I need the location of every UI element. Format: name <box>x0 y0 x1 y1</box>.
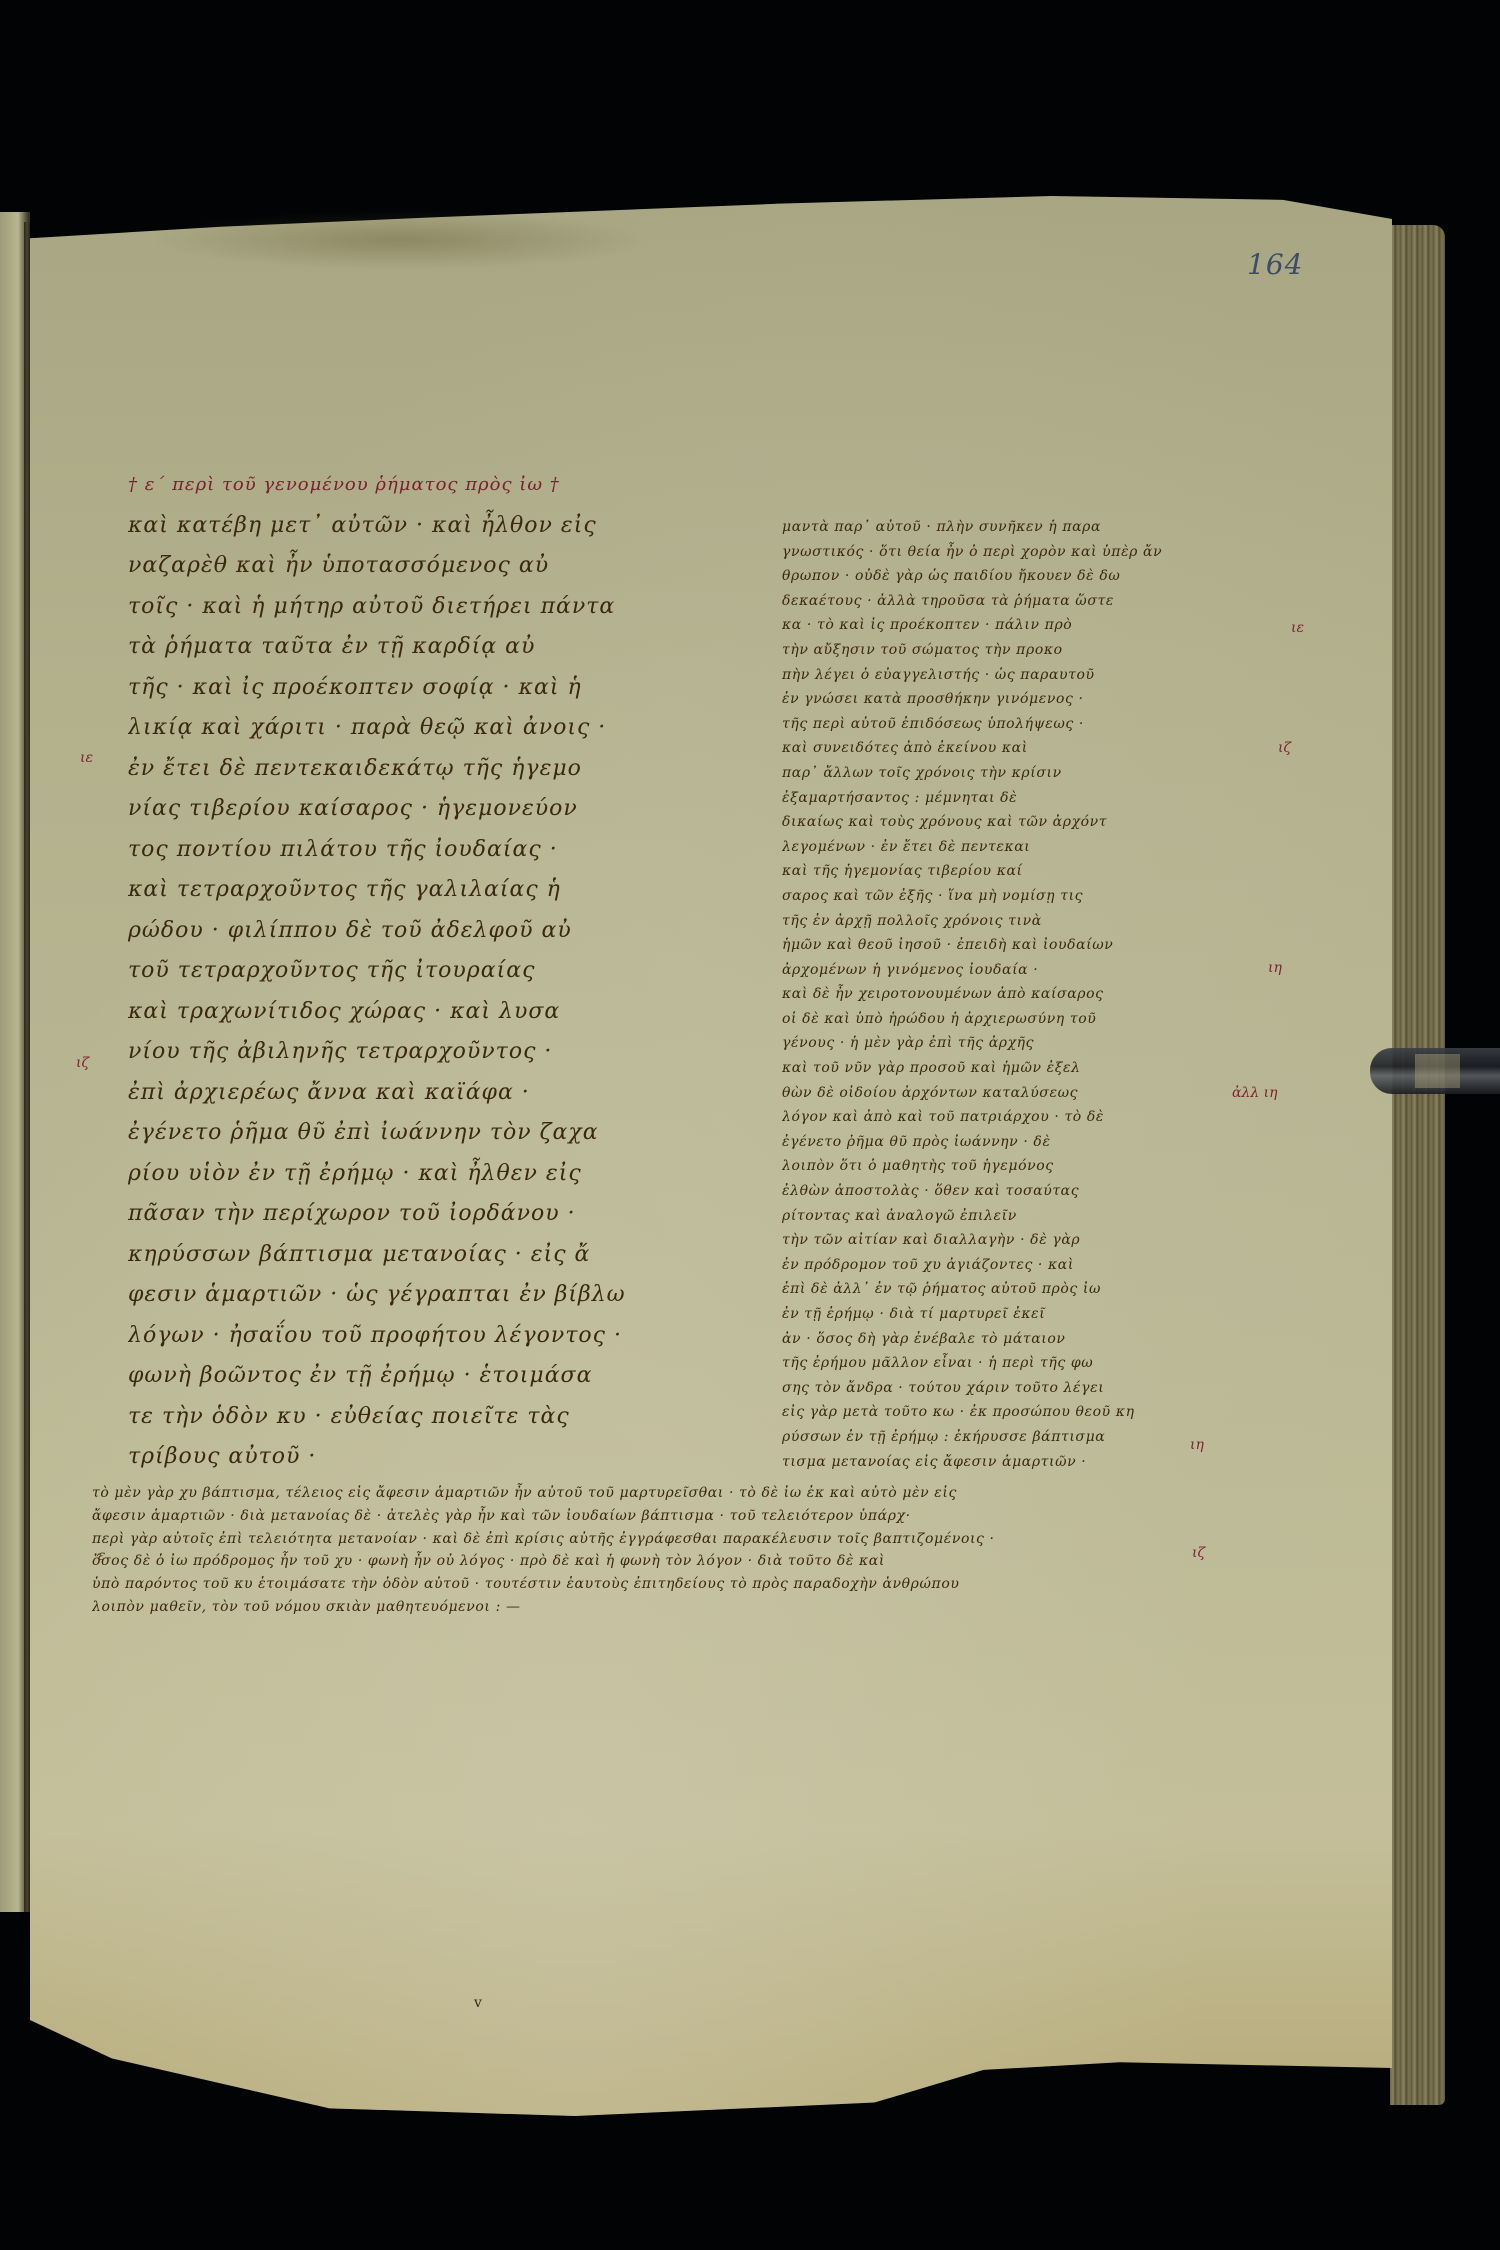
commentary-line: ἐπὶ δὲ ἀλλ᾽ ἐν τῷ ῥήματος αὐτοῦ πρὸς ἰω <box>782 1277 1252 1302</box>
text-line: φωνὴ βοῶντος ἐν τῇ ἐρήμῳ · ἑτοιμάσα <box>128 1356 718 1397</box>
text-line: τῆς · καὶ ἰς προέκοπτεν σοφίᾳ · καὶ ἡ <box>128 668 718 709</box>
commentary-line: ἡμῶν καὶ θεοῦ ἰησοῦ · ἐπειδὴ καὶ ἰουδαίω… <box>782 933 1252 958</box>
margin-note-right: ἀλλ ιη <box>1232 1085 1278 1101</box>
text-line: τοῦ τετραρχοῦντος τῆς ἰτουραίας <box>128 951 718 992</box>
text-line: τρίβους αὐτοῦ · <box>128 1437 718 1478</box>
text-line: ἐν ἔτει δὲ πεντεκαιδεκάτῳ τῆς ἡγεμο <box>128 749 718 790</box>
bottom-commentary-line: τὸ μὲν γὰρ χυ βάπτισμα, τέλειος εἰς ἄφεσ… <box>92 1482 1242 1505</box>
commentary-line: δικαίως καὶ τοὺς χρόνους καὶ τῶν ἀρχόντ <box>782 810 1252 835</box>
commentary-line: ἐν πρόδρομον τοῦ χυ ἀγιάζοντες · καὶ <box>782 1253 1252 1278</box>
text-line: ρίου υἱὸν ἐν τῇ ἐρήμῳ · καὶ ἦλθεν εἰς <box>128 1154 718 1195</box>
commentary-line: λοιπὸν ὅτι ὁ μαθητὴς τοῦ ἡγεμόνος <box>782 1154 1252 1179</box>
page-stack-edge <box>1390 225 1445 2105</box>
text-line: λόγων · ἠσαΐου τοῦ προφήτου λέγοντος · <box>128 1316 718 1357</box>
margin-note-left: ιε <box>80 750 93 766</box>
text-line: καὶ κατέβη μετ᾽ αὐτῶν · καὶ ἦλθον εἰς <box>128 506 718 547</box>
commentary-line: τῆς ἐρήμου μᾶλλον εἶναι · ἡ περὶ τῆς φω <box>782 1351 1252 1376</box>
commentary-line: κα · τὸ καὶ ἰς προέκοπτεν · πάλιν πρὸ <box>782 613 1252 638</box>
commentary-line: ρύσσων ἐν τῇ ἐρήμῳ : ἐκήρυσσε βάπτισμα <box>782 1425 1252 1450</box>
margin-note-right: ιε <box>1291 620 1304 636</box>
text-line: καὶ τραχωνίτιδος χώρας · καὶ λυσα <box>128 992 718 1033</box>
bottom-commentary-line: ὑπὸ παρόντος τοῦ κυ ἑτοιμάσατε τὴν ὁδὸν … <box>92 1573 1242 1596</box>
commentary-line: ἐν γνώσει κατὰ προσθήκην γινόμενος · <box>782 687 1252 712</box>
commentary-line: σαρος καὶ τῶν ἐξῆς · ἵνα μὴ νομίσῃ τις <box>782 884 1252 909</box>
commentary-line: τὴν τῶν αἰτίαν καὶ διαλλαγὴν · δὲ γὰρ <box>782 1228 1252 1253</box>
margin-note-bottom-left: ε <box>98 1548 106 1564</box>
commentary-line: θρωπον · οὐδὲ γὰρ ὡς παιδίου ἤκουεν δὲ δ… <box>782 564 1252 589</box>
chapter-heading: † ε΄ περὶ τοῦ γενομένου ῥήματος πρὸς ἰω … <box>128 465 718 506</box>
commentary-line: δεκαέτους · ἀλλὰ τηροῦσα τὰ ῥήματα ὥστε <box>782 589 1252 614</box>
main-text-column: † ε΄ περὶ τοῦ γενομένου ῥήματος πρὸς ἰω … <box>128 465 718 1478</box>
commentary-line: καὶ τοῦ νῦν γὰρ προσοῦ καὶ ἡμῶν ἐξελ <box>782 1056 1252 1081</box>
text-line: νίου τῆς ἀβιληνῆς τετραρχοῦντος · <box>128 1032 718 1073</box>
commentary-line: καὶ τῆς ἡγεμονίας τιβερίου καί <box>782 859 1252 884</box>
commentary-line: θὼν δὲ οἰδοίου ἀρχόντων καταλύσεως <box>782 1081 1252 1106</box>
text-line: τοῖς · καὶ ἡ μήτηρ αὐτοῦ διετήρει πάντα <box>128 587 718 628</box>
commentary-line: γνωστικός · ὅτι θεία ἦν ὁ περὶ χορὸν καὶ… <box>782 540 1252 565</box>
text-line: κηρύσσων βάπτισμα μετανοίας · εἰς ἄ <box>128 1235 718 1276</box>
commentary-column: μαντὰ παρ᾽ αὐτοῦ · πλὴν συνῆκεν ἡ παρα γ… <box>782 515 1252 1474</box>
commentary-line: παρ᾽ ἄλλων τοῖς χρόνοις τὴν κρίσιν <box>782 761 1252 786</box>
commentary-line: ρίτοντας καὶ ἀναλογῶ ἐπιλεῖν <box>782 1204 1252 1229</box>
water-stain <box>150 210 650 270</box>
commentary-line: ἐν τῇ ἐρήμῳ · διὰ τί μαρτυρεῖ ἐκεῖ <box>782 1302 1252 1327</box>
commentary-line: ἀν · ὅσος δὴ γὰρ ἐνέβαλε τὸ μάταιον <box>782 1327 1252 1352</box>
folio-number: 164 <box>1247 248 1303 281</box>
commentary-line: πὴν λέγει ὁ εὐαγγελιστής · ὡς παραυτοῦ <box>782 663 1252 688</box>
bottom-commentary-line: ὅσος δὲ ὁ ἰω πρόδρομος ἦν τοῦ χυ · φωνὴ … <box>92 1550 1242 1573</box>
commentary-line: τὴν αὔξησιν τοῦ σώματος τὴν προκο <box>782 638 1252 663</box>
margin-note-right: ιη <box>1268 960 1282 976</box>
margin-note-left: ιζ <box>76 1055 89 1071</box>
commentary-line: γένους · ἡ μὲν γὰρ ἐπὶ τῆς ἀρχῆς <box>782 1031 1252 1056</box>
commentary-line: μαντὰ παρ᾽ αὐτοῦ · πλὴν συνῆκεν ἡ παρα <box>782 515 1252 540</box>
bookmark-clip <box>1370 1048 1500 1094</box>
text-line: λικίᾳ καὶ χάριτι · παρὰ θεῷ καὶ ἀνοις · <box>128 708 718 749</box>
bottom-commentary: τὸ μὲν γὰρ χυ βάπτισμα, τέλειος εἰς ἄφεσ… <box>92 1482 1242 1619</box>
text-line: καὶ τετραρχοῦντος τῆς γαλιλαίας ἡ <box>128 870 718 911</box>
commentary-line: ἐλθὼν ἀποστολὰς · ὅθεν καὶ τοσαύτας <box>782 1179 1252 1204</box>
commentary-line: τισμα μετανοίας εἰς ἄφεσιν ἁμαρτιῶν · <box>782 1450 1252 1475</box>
commentary-line: εἰς γὰρ μετὰ τοῦτο κω · ἐκ προσώπου θεοῦ… <box>782 1400 1252 1425</box>
text-line: ἐπὶ ἀρχιερέως ἄννα καὶ καϊάφα · <box>128 1073 718 1114</box>
commentary-line: λεγομένων · ἐν ἔτει δὲ πεντεκαι <box>782 835 1252 860</box>
commentary-line: οἱ δὲ καὶ ὑπὸ ἡρώδου ἡ ἀρχιερωσύνη τοῦ <box>782 1007 1252 1032</box>
bottom-commentary-line: ἄφεσιν ἁμαρτιῶν · διὰ μετανοίας δὲ · ἀτε… <box>92 1505 1242 1528</box>
text-line: τε τὴν ὁδὸν κυ · εὐθείας ποιεῖτε τὰς <box>128 1397 718 1438</box>
text-line: πᾶσαν τὴν περίχωρον τοῦ ἰορδάνου · <box>128 1194 718 1235</box>
text-line: τος ποντίου πιλάτου τῆς ἰουδαίας · <box>128 830 718 871</box>
bottom-commentary-line: περὶ γὰρ αὐτοῖς ἐπὶ τελειότητα μετανοίαν… <box>92 1528 1242 1551</box>
commentary-line: λόγον καὶ ἀπὸ καὶ τοῦ πατριάρχου · τὸ δὲ <box>782 1105 1252 1130</box>
catchword-mark: v <box>474 1995 482 2011</box>
commentary-line: ἐξαμαρτήσαντος : μέμνηται δὲ <box>782 786 1252 811</box>
text-line: ρώδου · φιλίππου δὲ τοῦ ἀδελφοῦ αὐ <box>128 911 718 952</box>
commentary-line: τῆς ἐν ἀρχῇ πολλοῖς χρόνοις τινὰ <box>782 909 1252 934</box>
margin-note-right: ιζ <box>1278 740 1291 756</box>
commentary-line: τῆς περὶ αὐτοῦ ἐπιδόσεως ὑπολήψεως · <box>782 712 1252 737</box>
text-line: ἐγένετο ῥῆμα θῦ ἐπὶ ἰωάννην τὸν ζαχα <box>128 1113 718 1154</box>
commentary-line: ἀρχομένων ἡ γινόμενος ἰουδαία · <box>782 958 1252 983</box>
text-line: ναζαρὲθ καὶ ἦν ὑποτασσόμενος αὐ <box>128 546 718 587</box>
text-line: τὰ ῥήματα ταῦτα ἐν τῇ καρδίᾳ αὐ <box>128 627 718 668</box>
text-line: νίας τιβερίου καίσαρος · ἡγεμονεύον <box>128 789 718 830</box>
commentary-line: καὶ συνειδότες ἀπὸ ἐκείνου καὶ <box>782 736 1252 761</box>
bottom-commentary-line: λοιπὸν μαθεῖν, τὸν τοῦ νόμου σκιὰν μαθητ… <box>92 1596 1242 1619</box>
text-line: φεσιν ἁμαρτιῶν · ὡς γέγραπται ἐν βίβλω <box>128 1275 718 1316</box>
commentary-line: ἐγένετο ῥῆμα θῦ πρὸς ἰωάννην · δὲ <box>782 1130 1252 1155</box>
binding-gutter <box>24 222 30 1912</box>
commentary-line: καὶ δὲ ἦν χειροτονουμένων ἀπὸ καίσαρος <box>782 982 1252 1007</box>
commentary-line: σης τὸν ἄνδρα · τούτου χάριν τοῦτο λέγει <box>782 1376 1252 1401</box>
margin-note-right: ιη <box>1190 1437 1204 1453</box>
